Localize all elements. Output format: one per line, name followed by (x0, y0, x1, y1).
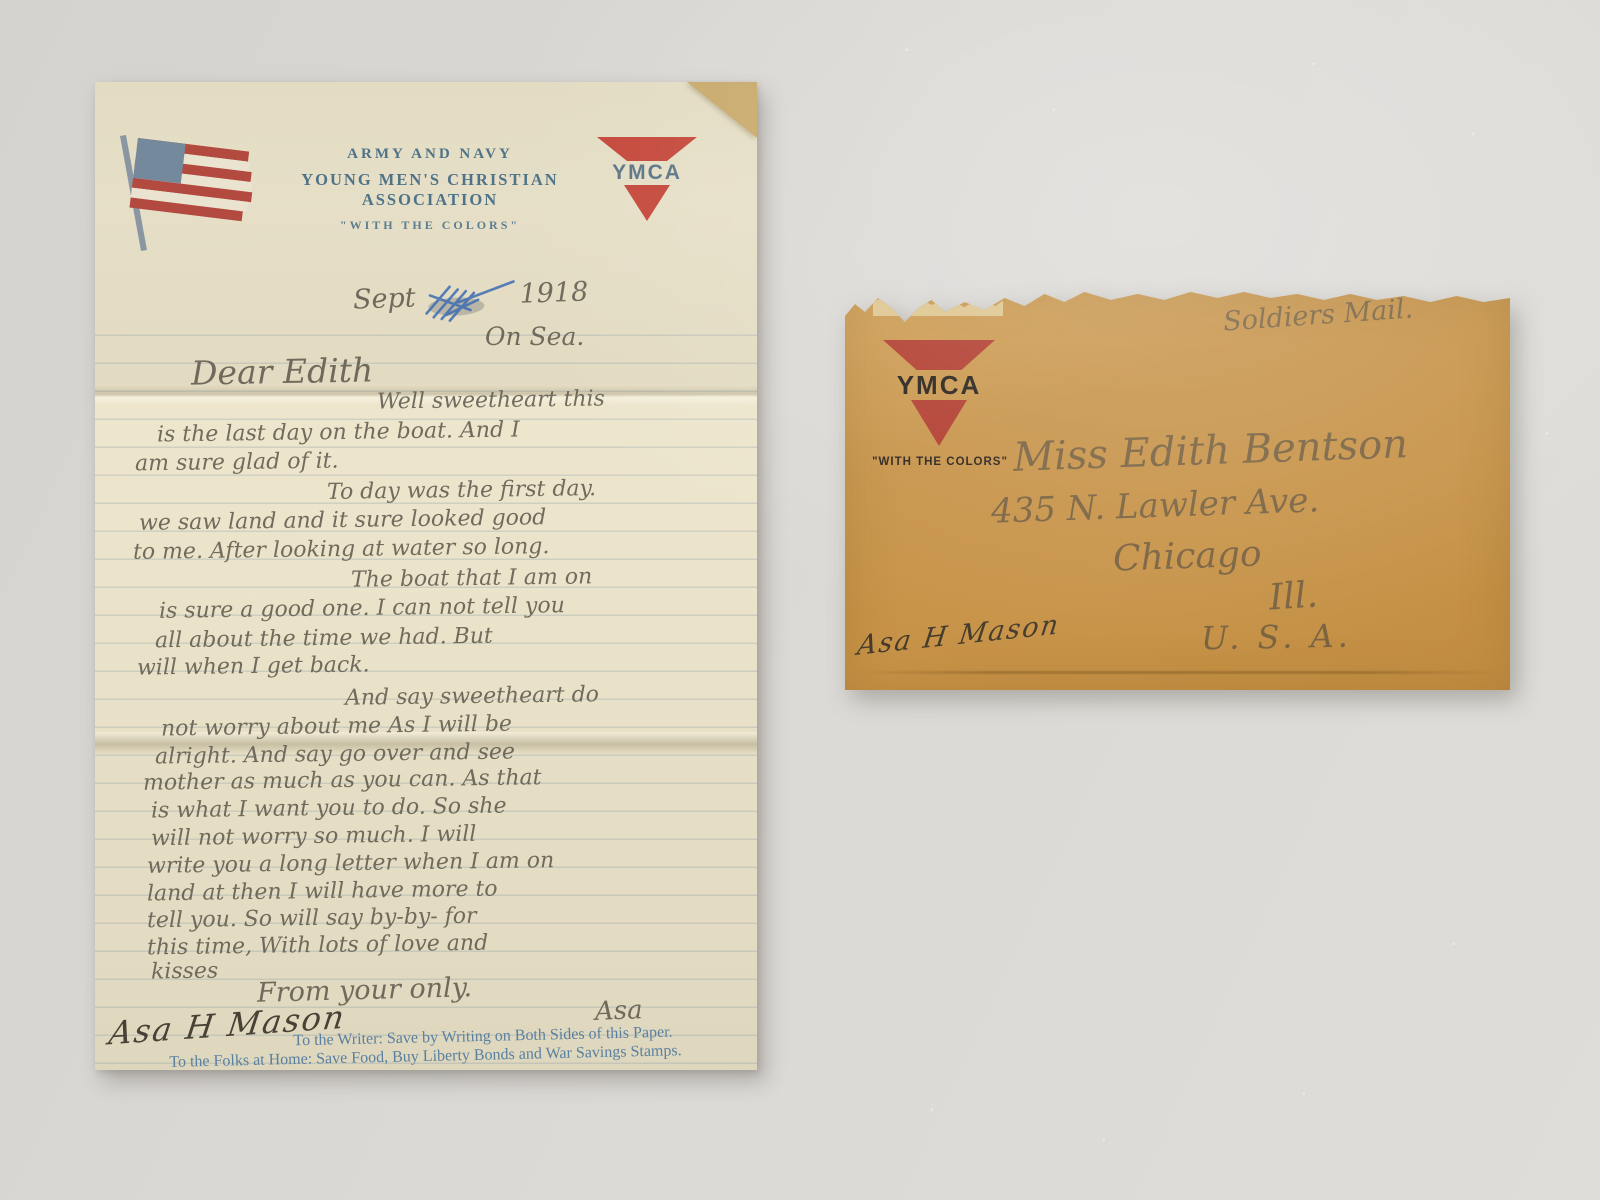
wall-speck (930, 1108, 935, 1113)
address-state: Ill. (1268, 574, 1319, 618)
letter-body-line: The boat that I am on (351, 564, 592, 592)
folded-corner (687, 82, 757, 138)
letter-date-year: 1918 (519, 276, 589, 309)
wall-speck (1102, 1138, 1107, 1143)
letter-body-line: is sure a good one. I can not tell you (159, 593, 565, 624)
soldiers-mail-annotation: Soldiers Mail. (1222, 293, 1414, 337)
letter-sheet: ARMY AND NAVY YOUNG MEN'S CHRISTIAN ASSO… (95, 82, 757, 1070)
ymca-triangle-icon: YMCA (883, 340, 995, 446)
letter-body-line: we saw land and it sure looked good (139, 505, 547, 536)
letter-body-line: will when I get back. (137, 652, 370, 680)
ymca-triangle-point (624, 185, 670, 221)
photo-scene: ARMY AND NAVY YOUNG MEN'S CHRISTIAN ASSO… (0, 0, 1600, 1200)
letter-body-line: kisses (151, 959, 219, 985)
address-recipient: Miss Edith Bentson (1012, 421, 1408, 481)
letter-body-line: not worry about me As I will be (161, 712, 512, 742)
letter-body-line: this time, With lots of love and (147, 931, 489, 961)
ymca-logo-text: YMCA (883, 372, 995, 398)
letter-date-line: Sept 1918 (352, 276, 588, 318)
censor-scribble-icon (417, 278, 518, 323)
ymca-triangle-point (911, 400, 967, 446)
letterhead: ARMY AND NAVY YOUNG MEN'S CHRISTIAN ASSO… (245, 146, 615, 233)
address-street: 435 N. Lawler Ave. (990, 480, 1319, 531)
letter-body-line: alright. And say go over and see (155, 739, 515, 769)
envelope: YMCA "WITH THE COLORS" Soldiers Mail. Mi… (845, 288, 1510, 690)
letter-date-month: Sept (352, 282, 416, 315)
ymca-triangle-icon: YMCA (597, 137, 697, 221)
wall-speck (1312, 62, 1317, 67)
letter-body-line: to me. After looking at water so long. (133, 534, 550, 565)
address-city: Chicago (1112, 533, 1262, 579)
letter-salutation: Dear Edith (191, 350, 374, 392)
wall-speck (1452, 942, 1457, 947)
sender-signature: Asa H Mason (855, 609, 1062, 662)
letterhead-motto: "WITH THE COLORS" (245, 218, 615, 233)
letter-body-line: write you a long letter when I am on (147, 848, 555, 879)
letter-body-line: And say sweetheart do (345, 682, 599, 711)
letter-body-line: mother as much as you can. As that (143, 765, 542, 796)
letter-body-line: will not worry so much. I will (151, 822, 477, 852)
letter-body-line: is what I want you to do. So she (151, 794, 507, 824)
wall-speck (1302, 1092, 1307, 1097)
letterhead-org-line2: YOUNG MEN'S CHRISTIAN ASSOCIATION (245, 170, 615, 210)
letter-body-line: is the last day on the boat. And I (157, 417, 520, 447)
letter-body-line: tell you. So will say by-by- for (147, 904, 477, 934)
wall-speck (1052, 108, 1057, 113)
ymca-triangle-bar (597, 137, 697, 161)
letter-signature: Asa (594, 995, 643, 1027)
letter-body-line: all about the time we had. But (155, 624, 493, 654)
envelope-shadow-wrap: YMCA "WITH THE COLORS" Soldiers Mail. Mi… (845, 288, 1510, 690)
letter-body-line: To day was the first day. (327, 476, 596, 505)
letterhead-org-line1: ARMY AND NAVY (245, 146, 615, 163)
torn-edge (873, 294, 1003, 316)
wall-speck (1545, 432, 1550, 437)
envelope-bottom-crease (858, 671, 1496, 674)
letter-location: On Sea. (485, 322, 584, 351)
envelope-motto: "WITH THE COLORS" (851, 456, 1029, 468)
letter-body-line: am sure glad of it. (135, 449, 339, 477)
letter-body-line: land at then I will have more to (147, 877, 498, 907)
ymca-triangle-bar (883, 340, 995, 370)
wall-speck (905, 48, 910, 53)
ymca-logo-text: YMCA (597, 162, 697, 183)
letter-body-line: Well sweetheart this (377, 386, 605, 414)
wall-speck (1472, 132, 1477, 137)
address-country: U. S. A. (1201, 617, 1352, 658)
